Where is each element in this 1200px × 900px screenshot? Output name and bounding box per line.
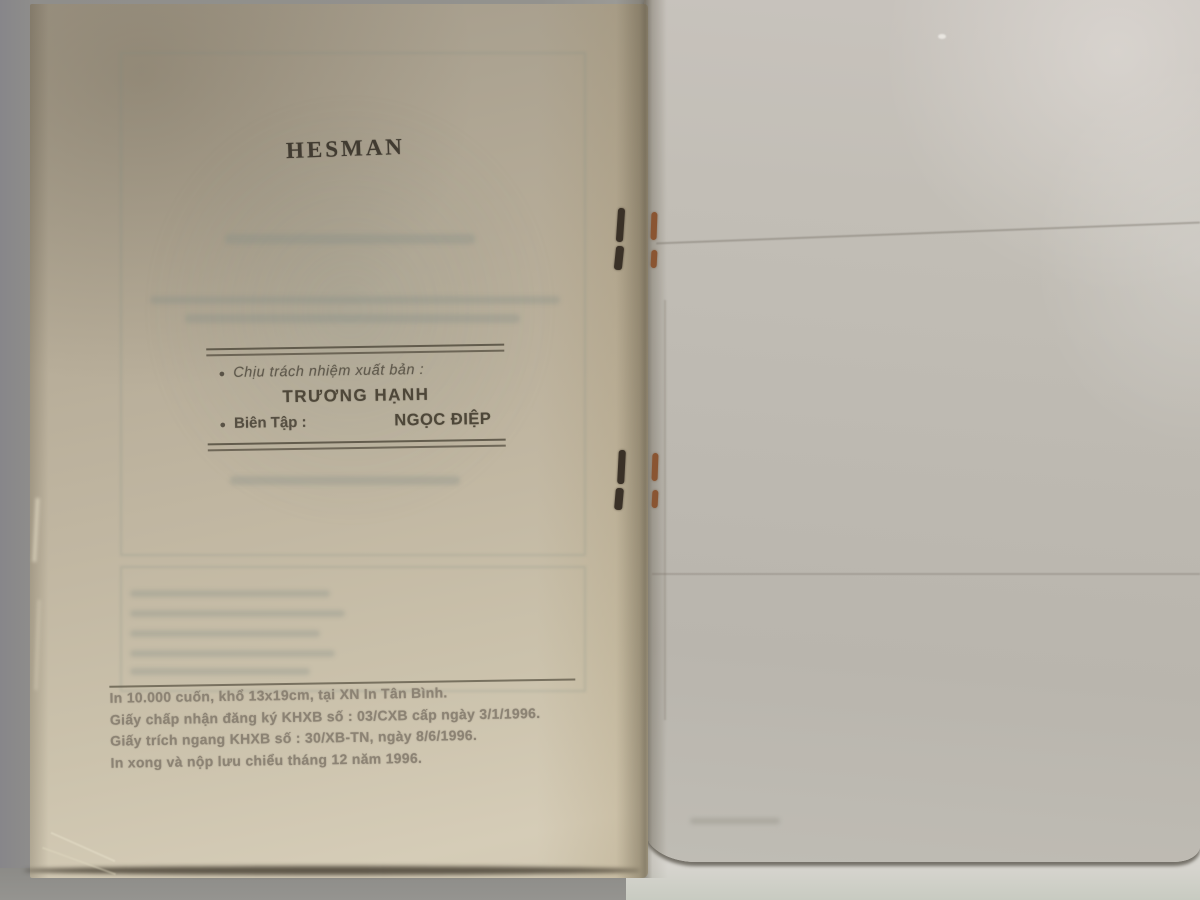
show-through-text [230, 476, 460, 485]
staple-bottom-right-leg [652, 453, 659, 481]
show-through-text [130, 650, 335, 657]
show-through-text [150, 296, 560, 304]
book-photo: HESMAN ● Chịu trách nhiệm xuất bản : TRƯ… [0, 0, 1200, 900]
book-gutter [616, 0, 668, 878]
credits-block: ● Chịu trách nhiệm xuất bản : TRƯƠNG HẠN… [206, 344, 506, 452]
publisher-label: Chịu trách nhiệm xuất bản : [233, 362, 424, 381]
bullet-icon: ● [219, 419, 226, 431]
colophon-block: In 10.000 cuốn, khổ 13x19cm, tại XN In T… [109, 678, 588, 773]
editor-row: ● Biên Tập : NGỌC ĐIỆP [207, 410, 505, 434]
book-title: HESMAN [286, 134, 406, 164]
page-shadow [24, 866, 640, 875]
editor-name: NGỌC ĐIỆP [394, 410, 505, 431]
show-through-text [185, 314, 520, 323]
show-through-text [130, 590, 330, 597]
staple-top-right-leg [651, 250, 658, 268]
show-through-mark [690, 818, 780, 824]
publisher-row: ● Chịu trách nhiệm xuất bản : [206, 361, 504, 382]
show-through-text [130, 668, 310, 675]
paper-scuff [938, 34, 946, 39]
show-through-text [225, 234, 475, 244]
show-through-text [130, 610, 345, 617]
right-blank-page [644, 0, 1200, 862]
bullet-icon: ● [219, 368, 226, 380]
staple-bottom-right-leg [652, 490, 659, 508]
editor-label: Biên Tập : [234, 414, 307, 432]
staple-top-right-leg [651, 212, 658, 240]
show-through-text [130, 630, 320, 637]
paper-crease [652, 573, 1200, 575]
publisher-name: TRƯƠNG HẠNH [207, 384, 505, 409]
